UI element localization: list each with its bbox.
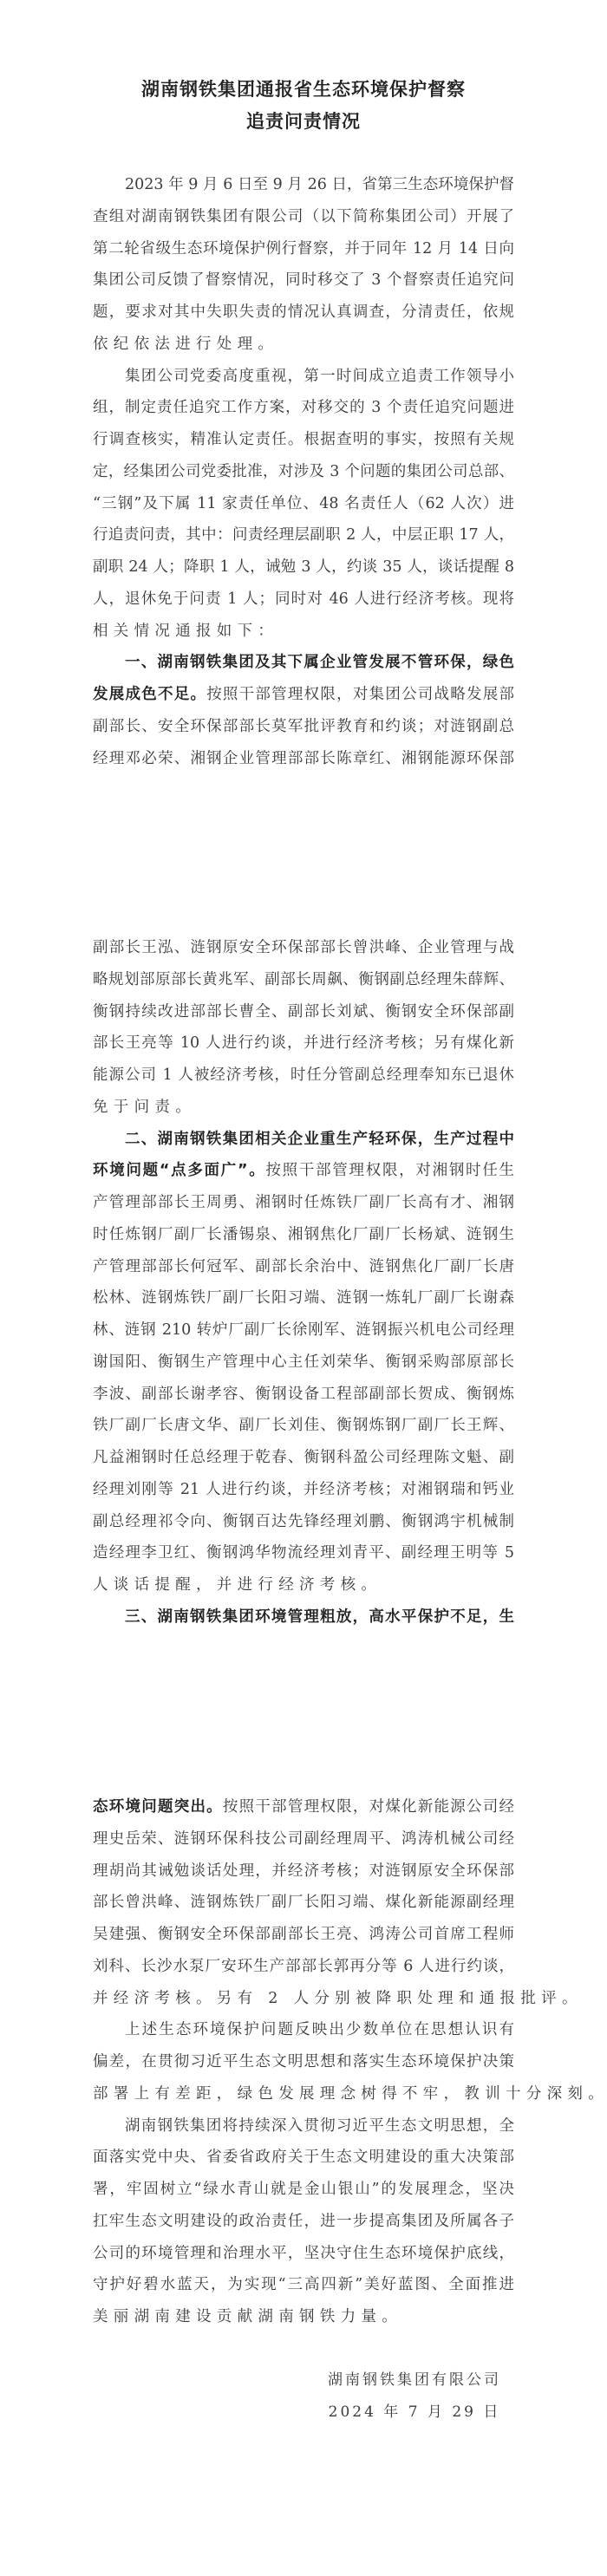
body-text-line: 组，制定责任追究工作方案，对移交的 3 个责任追究问题进 — [93, 396, 514, 419]
body-text-line: 略规划部原部长黄兆军、副部长周飙、衡钢副总经理朱薛辉、 — [93, 968, 514, 991]
line-text: 李波、副部长谢孝容、衡钢设备工程部副部长贺成、衡钢炼 — [93, 1386, 514, 1403]
line-text: 林、涟钢 210 转炉厂副厂长徐刚军、涟钢振兴机电公司经理 — [93, 1321, 514, 1339]
line-text: 行追责问责，其中：问责经理层副职 2 人，中层正职 17 人， — [93, 526, 514, 544]
line-text: 产管理部部长王周勇、湘钢时任炼铁厂副厂长高有才、湘钢 — [93, 1194, 514, 1211]
body-text-line: 铁厂副厂长唐文华、副厂长刘佳、衡钢炼钢厂副厂长王辉、 — [93, 1414, 514, 1437]
line-text: 副职 24 人；降职 1 人，诫勉 3 人，约谈 35 人，谈话提醒 8 — [93, 558, 514, 576]
line-text: 经理邓必荣、湘钢企业管理部部长陈章红、湘钢能源环保部 — [93, 750, 514, 767]
line-text: 相关情况通报如下： — [93, 623, 278, 640]
body-text-line: 第二轮省级生态环境保护例行督察，并于同年 12 月 14 日向 — [93, 238, 514, 260]
bold-heading-text: 二、湖南钢铁集团相关企业重生产轻环保，生产过程中 — [125, 1131, 514, 1148]
body-text-line: 副总经理祁令向、衡钢百达先锋经理刘鹏、衡钢鸿宇机械制 — [93, 1510, 514, 1533]
body-text-line: 相关情况通报如下： — [93, 620, 514, 642]
body-text-line: 部长王亮等 10 人进行约谈，并进行经济考核；另有煤化新 — [93, 1032, 514, 1054]
body-text-line: 面落实党中央、省委省政府关于生态文明建设的重大决策部 — [93, 2146, 514, 2168]
body-text-line: 依纪依法进行处理。 — [93, 333, 514, 355]
bold-heading-text: 环境问题“点多面广”。 — [93, 1162, 265, 1179]
body-text-line: 免于问责。 — [93, 1096, 514, 1118]
line-text: 守护好碧水蓝天，为实现“三高四新”美好蓝图、全面推进 — [93, 2276, 514, 2293]
body-text-line: 松林、涟钢炼铁厂副厂长阳习端、涟钢一炼轧厂副厂长谢森 — [93, 1287, 514, 1309]
body-text-line: 美丽湖南建设贡献湖南钢铁力量。 — [93, 2305, 514, 2328]
line-text: 上述生态环境保护问题反映出少数单位在思想认识有 — [125, 2021, 514, 2038]
line-text: 人谈话提醒，并进行经济考核。 — [93, 1576, 382, 1594]
body-text-line: 凡益湘钢时任总经理于乾春、衡钢科盈公司经理陈文魁、副 — [93, 1446, 514, 1469]
section-heading-line: 态环境问题突出。按照干部管理权限，对煤化新能源公司经 — [93, 1796, 514, 1818]
line-text: 人，退休免于问责 1 人；同时对 46 人进行经济考核。现将 — [93, 590, 514, 608]
line-text: 按照干部管理权限，对湘钢时任生 — [265, 1162, 514, 1179]
signature-date: 2024 年 7 月 29 日 — [328, 2401, 501, 2423]
body-text-line: 偏差，在贯彻习近平生态文明思想和落实生态环境保护决策 — [93, 2051, 514, 2073]
line-text: 凡益湘钢时任总经理于乾春、衡钢科盈公司经理陈文魁、副 — [93, 1449, 514, 1466]
body-text-line: 部署上有差距，绿色发展理念树得不牢，教训十分深刻。 — [93, 2083, 514, 2105]
bold-heading-text: 三、湖南钢铁集团环境管理粗放，高水平保护不足，生 — [125, 1608, 514, 1626]
body-text-line: 部长曾洪峰、涟钢炼铁厂副厂长阳习端、煤化新能源副经理 — [93, 1891, 514, 1914]
line-text: 集团公司反馈了督察情况，同时移交了 3 个督察责任追究问 — [93, 271, 514, 289]
body-text-line: 2023 年 9 月 6 日至 9 月 26 日，省第三生态环境保护督 — [125, 173, 514, 196]
body-text-line: 上述生态环境保护问题反映出少数单位在思想认识有 — [125, 2018, 514, 2041]
bold-heading-text: 态环境问题突出。 — [93, 1798, 223, 1816]
body-text-line: 理胡尚其诫勉谈话处理，并经济考核；对涟钢原安全环保部 — [93, 1860, 514, 1882]
body-text-line: 湖南钢铁集团将持续深入贯彻习近平生态文明思想，全 — [125, 2115, 514, 2137]
line-text: 组，制定责任追究工作方案，对移交的 3 个责任追究问题进 — [93, 399, 514, 416]
body-text-line: 公司的环境管理和治理水平，坚决守住生态环境保护底线， — [93, 2242, 514, 2265]
line-text: 能源公司 1 人被经济考核，时任分管副总经理奉知东已退休 — [93, 1066, 514, 1084]
line-text: 略规划部原部长黄兆军、副部长周飙、衡钢副总经理朱薛辉、 — [93, 971, 514, 988]
body-text-line: 署，牢固树立“绿水青山就是金山银山”的发展理念，坚决 — [93, 2178, 514, 2201]
body-text-line: 副部长、安全环保部部长莫军批评教育和约谈；对涟钢副总 — [93, 715, 514, 738]
body-text-line: 行追责问责，其中：问责经理层副职 2 人，中层正职 17 人， — [93, 524, 514, 546]
body-text-line: 定，经集团公司党委批准，对涉及 3 个问题的集团公司总部、 — [93, 460, 514, 483]
line-text: 依纪依法进行处理。 — [93, 336, 278, 353]
body-text-line: 查组对湖南钢铁集团有限公司（以下简称集团公司）开展了 — [93, 205, 514, 228]
body-text-line: 吴建强、衡钢安全环保部副部长王亮、鸿涛公司首席工程师 — [93, 1923, 514, 1946]
document-title-line-2: 追责问责情况 — [0, 109, 607, 134]
line-text: 刘科、长沙水泵厂安环生产部部长郭再分等 6 人进行约谈， — [93, 1958, 514, 1975]
signature-organization: 湖南钢铁集团有限公司 — [328, 2369, 501, 2391]
line-text: 部署上有差距，绿色发展理念树得不牢，教训十分深刻。 — [93, 2085, 607, 2103]
section-heading-line: 环境问题“点多面广”。按照干部管理权限，对湘钢时任生 — [93, 1159, 514, 1182]
line-text: 经理刘刚等 21 人进行约谈，并经济考核；对湘钢瑞和钙业 — [93, 1481, 514, 1498]
line-text: 偏差，在贯彻习近平生态文明思想和落实生态环境保护决策 — [93, 2053, 514, 2071]
bold-heading-text: 一、湖南钢铁集团及其下属企业管发展不管环保，绿色 — [125, 654, 514, 671]
body-text-line: 人，退休免于问责 1 人；同时对 46 人进行经济考核。现将 — [93, 588, 514, 610]
body-text-line: 林、涟钢 210 转炉厂副厂长徐刚军、涟钢振兴机电公司经理 — [93, 1319, 514, 1341]
section-heading-line: 发展成色不足。按照干部管理权限，对集团公司战略发展部 — [93, 683, 514, 706]
body-text-line: 副部长王泓、涟钢原安全环保部部长曾洪峰、企业管理与战 — [93, 936, 514, 959]
body-text-line: 时任炼钢厂副厂长潘锡泉、湘钢焦化厂副厂长杨斌、涟钢生 — [93, 1223, 514, 1246]
body-text-line: 能源公司 1 人被经济考核，时任分管副总经理奉知东已退休 — [93, 1064, 514, 1086]
line-text: 谢国阳、衡钢生产管理中心主任刘荣华、衡钢采购部原部长 — [93, 1353, 514, 1371]
line-text: 免于问责。 — [93, 1099, 196, 1116]
line-text: 署，牢固树立“绿水青山就是金山银山”的发展理念，坚决 — [93, 2181, 514, 2198]
body-text-line: 并经济考核。另有 2 人分别被降职处理和通报批评。 — [93, 1987, 514, 2010]
line-text: 湖南钢铁集团将持续深入贯彻习近平生态文明思想，全 — [125, 2117, 514, 2135]
line-text: 按照干部管理权限，对集团公司战略发展部 — [206, 686, 514, 703]
line-text: 产管理部部长何冠军、副部长余治中、涟钢焦化厂副厂长唐 — [93, 1258, 514, 1275]
line-text: 部长曾洪峰、涟钢炼铁厂副厂长阳习端、煤化新能源副经理 — [93, 1894, 514, 1911]
line-text: 部长王亮等 10 人进行约谈，并进行经济考核；另有煤化新 — [93, 1034, 514, 1052]
line-text: 美丽湖南建设贡献湖南钢铁力量。 — [93, 2308, 402, 2325]
line-text: 2023 年 9 月 6 日至 9 月 26 日，省第三生态环境保护督 — [125, 176, 514, 193]
body-text-line: 经理刘刚等 21 人进行约谈，并经济考核；对湘钢瑞和钙业 — [93, 1478, 514, 1501]
bold-heading-text: 发展成色不足。 — [93, 686, 206, 703]
line-text: 查组对湖南钢铁集团有限公司（以下简称集团公司）开展了 — [93, 208, 514, 225]
body-text-line: 集团公司反馈了督察情况，同时移交了 3 个督察责任追究问 — [93, 269, 514, 291]
line-text: 时任炼钢厂副厂长潘锡泉、湘钢焦化厂副厂长杨斌、涟钢生 — [93, 1226, 514, 1243]
section-heading-line: 三、湖南钢铁集团环境管理粗放，高水平保护不足，生 — [125, 1606, 514, 1628]
line-text: 按照干部管理权限，对煤化新能源公司经 — [223, 1798, 514, 1816]
body-text-line: 谢国阳、衡钢生产管理中心主任刘荣华、衡钢采购部原部长 — [93, 1351, 514, 1373]
body-text-line: 李波、副部长谢孝容、衡钢设备工程部副部长贺成、衡钢炼 — [93, 1383, 514, 1405]
line-text: 衡钢持续改进部部长曹全、副部长刘斌、衡钢安全环保部副 — [93, 1003, 514, 1021]
section-heading-line: 一、湖南钢铁集团及其下属企业管发展不管环保，绿色 — [125, 651, 514, 674]
body-text-line: 造经理李卫红、衡钢鸿华物流经理刘青平、副经理王明等 5 — [93, 1542, 514, 1564]
line-text: 理史岳荣、涟钢环保科技公司副经理周平、鸿涛机械公司经 — [93, 1830, 514, 1848]
line-text: 并经济考核。另有 2 人分别被降职处理和通报批评。 — [93, 1990, 583, 2007]
line-text: 面落实党中央、省委省政府关于生态文明建设的重大决策部 — [93, 2149, 514, 2166]
line-text: 副部长王泓、涟钢原安全环保部部长曾洪峰、企业管理与战 — [93, 939, 514, 956]
body-text-line: 产管理部部长何冠军、副部长余治中、涟钢焦化厂副厂长唐 — [93, 1255, 514, 1278]
body-text-line: 刘科、长沙水泵厂安环生产部部长郭再分等 6 人进行约谈， — [93, 1955, 514, 1978]
line-text: 松林、涟钢炼铁厂副厂长阳习端、涟钢一炼轧厂副厂长谢森 — [93, 1289, 514, 1307]
line-text: 铁厂副厂长唐文华、副厂长刘佳、衡钢炼钢厂副厂长王辉、 — [93, 1417, 514, 1434]
line-text: 扛牢生态文明建设的政治责任，进一步提高集团及所属各子 — [93, 2213, 514, 2230]
body-text-line: 产管理部部长王周勇、湘钢时任炼铁厂副厂长高有才、湘钢 — [93, 1191, 514, 1214]
line-text: 理胡尚其诫勉谈话处理，并经济考核；对涟钢原安全环保部 — [93, 1862, 514, 1880]
section-heading-line: 二、湖南钢铁集团相关企业重生产轻环保，生产过程中 — [125, 1128, 514, 1151]
body-text-line: 衡钢持续改进部部长曹全、副部长刘斌、衡钢安全环保部副 — [93, 1001, 514, 1023]
line-text: 副部长、安全环保部部长莫军批评教育和约谈；对涟钢副总 — [93, 718, 514, 735]
body-text-line: 行调查核实，精准认定责任。根据查明的事实，按照有关规 — [93, 428, 514, 451]
line-text: 集团公司党委高度重视，第一时间成立追责工作领导小 — [125, 368, 514, 385]
line-text: 造经理李卫红、衡钢鸿华物流经理刘青平、副经理王明等 5 — [93, 1544, 514, 1562]
body-text-line: 经理邓必荣、湘钢企业管理部部长陈章红、湘钢能源环保部 — [93, 747, 514, 770]
body-text-line: 守护好碧水蓝天，为实现“三高四新”美好蓝图、全面推进 — [93, 2273, 514, 2296]
line-text: 定，经集团公司党委批准，对涉及 3 个问题的集团公司总部、 — [93, 463, 514, 480]
line-text: 第二轮省级生态环境保护例行督察，并于同年 12 月 14 日向 — [93, 240, 514, 258]
line-text: “三钢”及下属 11 家责任单位、48 名责任人（62 人次）进 — [93, 495, 514, 512]
line-text: 行调查核实，精准认定责任。根据查明的事实，按照有关规 — [93, 431, 514, 448]
body-text-line: 集团公司党委高度重视，第一时间成立追责工作领导小 — [125, 365, 514, 388]
body-text-line: 副职 24 人；降职 1 人，诫勉 3 人，约谈 35 人，谈话提醒 8 — [93, 556, 514, 578]
line-text: 副总经理祁令向、衡钢百达先锋经理刘鹏、衡钢鸿宇机械制 — [93, 1513, 514, 1530]
document-title-line-1: 湖南钢铁集团通报省生态环境保护督察 — [0, 77, 607, 101]
body-text-line: 题，要求对其中失职失责的情况认真调查，分清责任，依规 — [93, 301, 514, 323]
body-text-line: 扛牢生态文明建设的政治责任，进一步提高集团及所属各子 — [93, 2210, 514, 2233]
line-text: 公司的环境管理和治理水平，坚决守住生态环境保护底线， — [93, 2245, 514, 2262]
line-text: 吴建强、衡钢安全环保部副部长王亮、鸿涛公司首席工程师 — [93, 1926, 514, 1943]
body-text-line: 理史岳荣、涟钢环保科技公司副经理周平、鸿涛机械公司经 — [93, 1828, 514, 1850]
body-text-line: “三钢”及下属 11 家责任单位、48 名责任人（62 人次）进 — [93, 492, 514, 515]
body-text-line: 人谈话提醒，并进行经济考核。 — [93, 1574, 514, 1596]
line-text: 题，要求对其中失职失责的情况认真调查，分清责任，依规 — [93, 303, 514, 321]
